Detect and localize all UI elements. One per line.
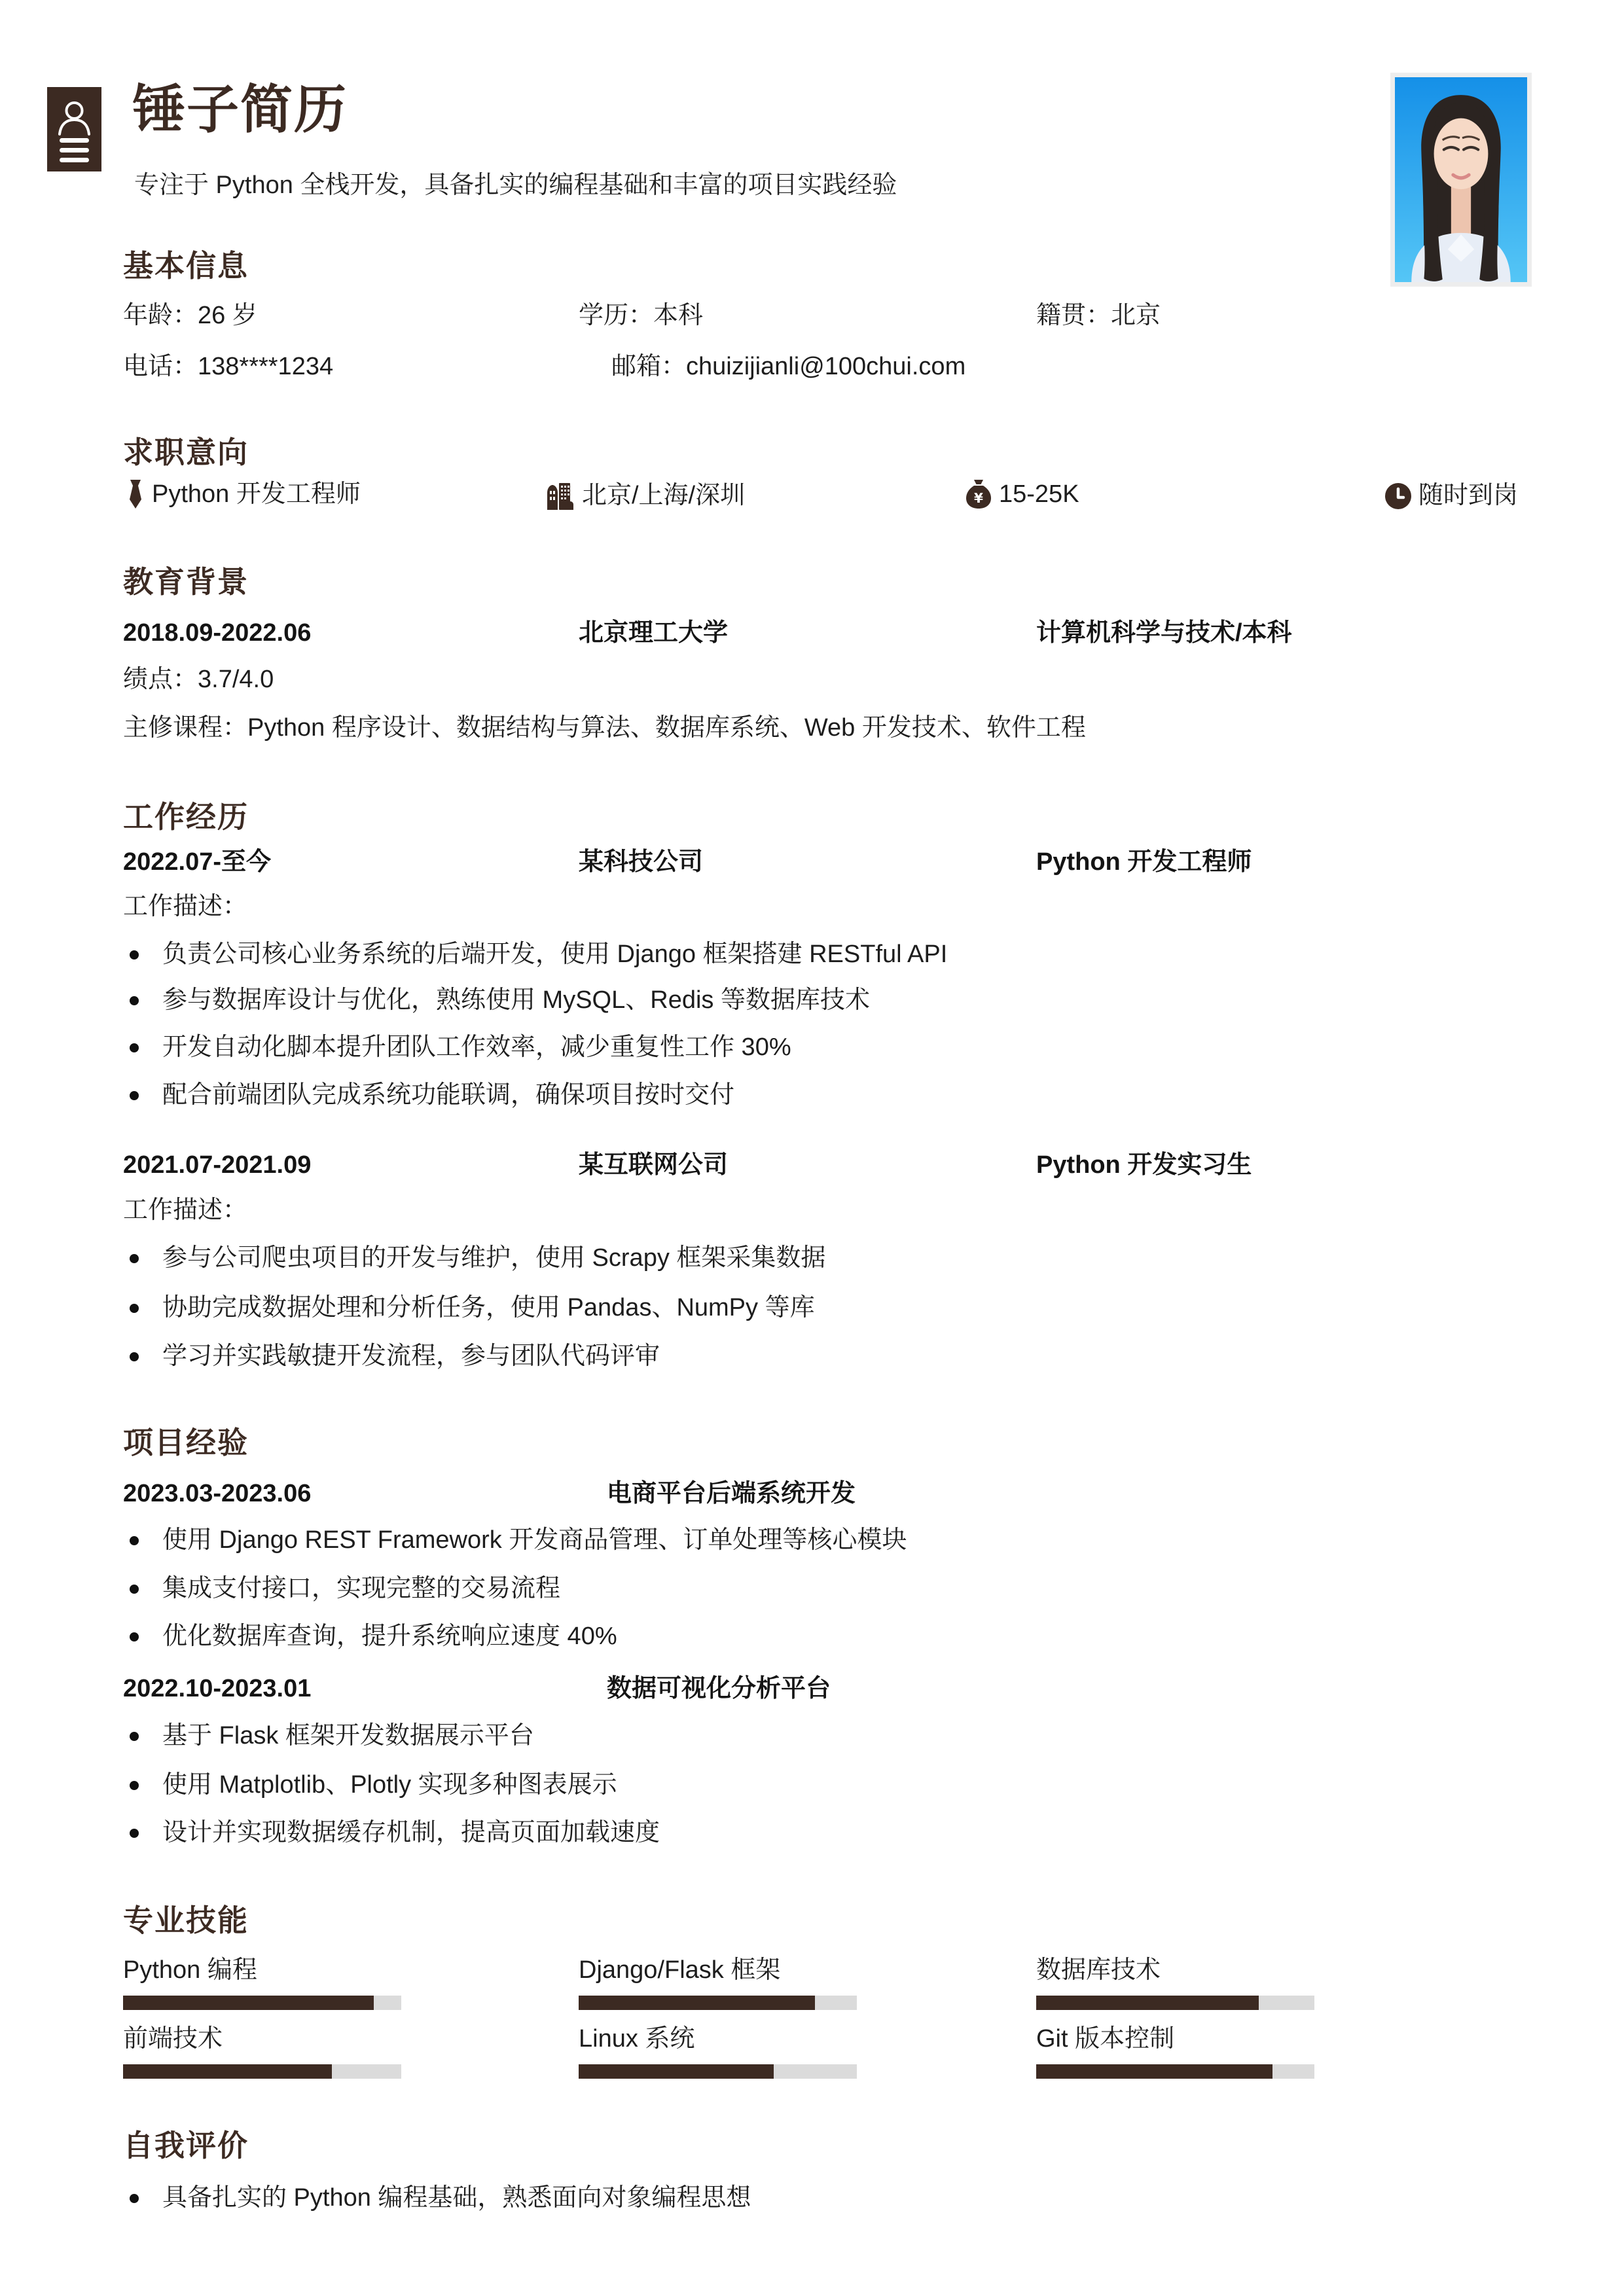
portrait-illustration bbox=[1395, 77, 1527, 282]
basic-info-email: 邮箱：chuizijianli@100chui.com bbox=[611, 352, 965, 382]
skill-bar-fill bbox=[123, 2064, 332, 2079]
building-icon bbox=[545, 482, 575, 510]
intent-availability-text: 随时到岗 bbox=[1418, 481, 1518, 511]
project-2-name: 数据可视化分析平台 bbox=[607, 1674, 831, 1704]
skill-item: 前端技术 bbox=[123, 2024, 401, 2079]
skill-item: Django/Flask 框架 bbox=[579, 1956, 857, 2010]
project-1-name: 电商平台后端系统开发 bbox=[607, 1479, 856, 1509]
project-2-bullet: 基于 Flask 框架开发数据展示平台 bbox=[123, 1721, 534, 1751]
intent-salary-text: 15-25K bbox=[999, 480, 1079, 510]
work-1-period: 2022.07-至今 bbox=[123, 848, 271, 878]
project-1-bullet: 集成支付接口，实现完整的交易流程 bbox=[123, 1574, 560, 1604]
portrait-photo bbox=[1390, 73, 1532, 287]
work-2-bullet: 协助完成数据处理和分析任务，使用 Pandas、NumPy 等库 bbox=[123, 1293, 815, 1323]
project-1-period: 2023.03-2023.06 bbox=[123, 1479, 311, 1509]
skill-label: 数据库技术 bbox=[1036, 1956, 1314, 1986]
intent-availability: 随时到岗 bbox=[1384, 481, 1518, 511]
work-2-desc-label: 工作描述： bbox=[123, 1196, 247, 1226]
section-title-work: 工作经历 bbox=[123, 793, 249, 836]
basic-info-phone: 电话：138****1234 bbox=[123, 352, 333, 382]
project-2-period: 2022.10-2023.01 bbox=[123, 1674, 311, 1704]
money-bag-icon: ¥ bbox=[965, 480, 992, 510]
work-1-bullet: 开发自动化脚本提升团队工作效率，减少重复性工作 30% bbox=[123, 1033, 791, 1063]
skill-bar-fill bbox=[579, 2064, 774, 2079]
skill-bar-fill bbox=[1036, 2064, 1272, 2079]
education-gpa: 绩点：3.7/4.0 bbox=[123, 665, 274, 695]
skill-label: Python 编程 bbox=[123, 1956, 401, 1986]
skill-item: Python 编程 bbox=[123, 1956, 401, 2010]
work-1-role: Python 开发工程师 bbox=[1036, 848, 1252, 878]
skill-bar bbox=[579, 2064, 857, 2079]
intent-location: 北京/上海/深圳 bbox=[545, 481, 745, 511]
section-title-self-evaluation: 自我评价 bbox=[123, 2122, 249, 2165]
education-period: 2018.09-2022.06 bbox=[123, 619, 311, 649]
skill-label: Linux 系统 bbox=[579, 2024, 857, 2054]
portrait-photo-image bbox=[1395, 77, 1527, 282]
clock-icon bbox=[1384, 482, 1412, 510]
work-2-bullet: 参与公司爬虫项目的开发与维护，使用 Scrapy 框架采集数据 bbox=[123, 1244, 825, 1274]
section-title-education: 教育背景 bbox=[123, 558, 249, 601]
work-1-company: 某科技公司 bbox=[579, 848, 703, 878]
tie-icon bbox=[126, 480, 145, 510]
basic-info-age: 年龄：26 岁 bbox=[123, 301, 257, 331]
project-2-bullet: 使用 Matplotlib、Plotly 实现多种图表展示 bbox=[123, 1770, 617, 1801]
intent-location-text: 北京/上海/深圳 bbox=[582, 481, 745, 511]
skill-bar bbox=[1036, 2064, 1314, 2079]
work-1-bullet: 参与数据库设计与优化，熟练使用 MySQL、Redis 等数据库技术 bbox=[123, 986, 870, 1016]
work-2-role: Python 开发实习生 bbox=[1036, 1151, 1252, 1181]
intent-position-text: Python 开发工程师 bbox=[152, 480, 361, 510]
work-2-bullet: 学习并实践敏捷开发流程，参与团队代码评审 bbox=[123, 1342, 660, 1372]
skill-bar bbox=[123, 2064, 401, 2079]
basic-info-hometown: 籍贯：北京 bbox=[1036, 301, 1161, 331]
section-title-skills: 专业技能 bbox=[123, 1897, 249, 1940]
education-school: 北京理工大学 bbox=[579, 619, 728, 649]
person-card-icon bbox=[47, 87, 101, 171]
work-2-period: 2021.07-2021.09 bbox=[123, 1151, 311, 1181]
page-title: 锤子简历 bbox=[133, 84, 348, 136]
skill-item: Git 版本控制 bbox=[1036, 2024, 1314, 2079]
section-title-job-intent: 求职意向 bbox=[123, 429, 249, 472]
education-courses: 主修课程：Python 程序设计、数据结构与算法、数据库系统、Web 开发技术、… bbox=[123, 713, 1086, 744]
skill-bar-fill bbox=[1036, 1996, 1259, 2010]
skill-bar bbox=[1036, 1996, 1314, 2010]
skill-bar bbox=[123, 1996, 401, 2010]
project-1-bullet: 使用 Django REST Framework 开发商品管理、订单处理等核心模… bbox=[123, 1526, 907, 1556]
skill-item: Linux 系统 bbox=[579, 2024, 857, 2079]
education-major: 计算机科学与技术/本科 bbox=[1036, 619, 1292, 649]
section-title-basic-info: 基本信息 bbox=[123, 242, 249, 285]
page-subtitle: 专注于 Python 全栈开发，具备扎实的编程基础和丰富的项目实践经验 bbox=[134, 164, 897, 200]
work-1-desc-label: 工作描述： bbox=[123, 892, 247, 922]
intent-salary: ¥ 15-25K bbox=[965, 480, 1079, 510]
skill-bar bbox=[579, 1996, 857, 2010]
skill-bar-fill bbox=[579, 1996, 815, 2010]
skill-bar-fill bbox=[123, 1996, 374, 2010]
skill-label: Git 版本控制 bbox=[1036, 2024, 1314, 2054]
work-1-bullet: 负责公司核心业务系统的后端开发，使用 Django 框架搭建 RESTful A… bbox=[123, 940, 947, 970]
basic-info-degree: 学历：本科 bbox=[579, 301, 703, 331]
svg-text:¥: ¥ bbox=[974, 490, 983, 506]
intent-position: Python 开发工程师 bbox=[126, 480, 361, 510]
work-1-bullet: 配合前端团队完成系统功能联调，确保项目按时交付 bbox=[123, 1081, 734, 1111]
skill-label: Django/Flask 框架 bbox=[579, 1956, 857, 1986]
skill-label: 前端技术 bbox=[123, 2024, 401, 2054]
skill-item: 数据库技术 bbox=[1036, 1956, 1314, 2010]
resume-logo-badge bbox=[47, 87, 101, 171]
project-2-bullet: 设计并实现数据缓存机制，提高页面加载速度 bbox=[123, 1818, 660, 1848]
section-title-projects: 项目经验 bbox=[123, 1419, 249, 1462]
work-2-company: 某互联网公司 bbox=[579, 1151, 728, 1181]
resume-page: 锤子简历 专注于 Python 全栈开发，具备扎实的编程基础和丰富的项目实践经验 bbox=[0, 0, 1624, 2296]
project-1-bullet: 优化数据库查询，提升系统响应速度 40% bbox=[123, 1622, 617, 1652]
self-evaluation-bullet: 具备扎实的 Python 编程基础，熟悉面向对象编程思想 bbox=[123, 2183, 751, 2214]
